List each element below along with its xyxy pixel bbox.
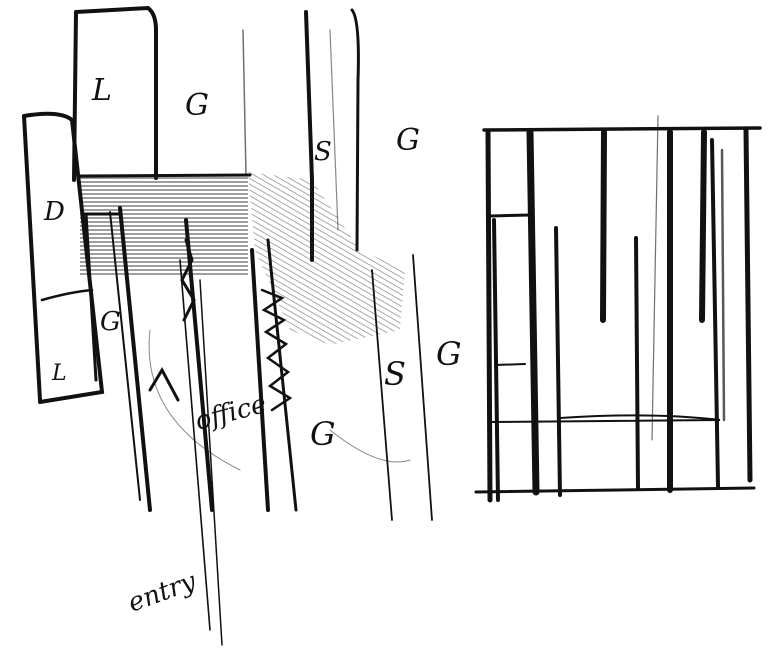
sketch-labels: L G S G D L G office S G G entry xyxy=(43,73,462,619)
architectural-sketch: L G S G D L G office S G G entry xyxy=(0,0,780,653)
label-entry: entry xyxy=(124,566,200,618)
label-side-g: G xyxy=(100,307,121,337)
right-elevation-sketch xyxy=(476,116,760,500)
label-wall-s1: S xyxy=(314,137,332,167)
left-perspective-sketch xyxy=(24,8,432,645)
label-wall-g2: G xyxy=(396,123,420,158)
label-wall-g4: G xyxy=(310,415,336,453)
label-top-block: L xyxy=(91,73,112,108)
label-side-l: L xyxy=(51,361,67,386)
label-wall-g1: G xyxy=(185,88,209,123)
label-wall-s2: S xyxy=(384,355,406,393)
label-side-d: D xyxy=(43,197,65,227)
label-wall-g3: G xyxy=(436,335,462,373)
